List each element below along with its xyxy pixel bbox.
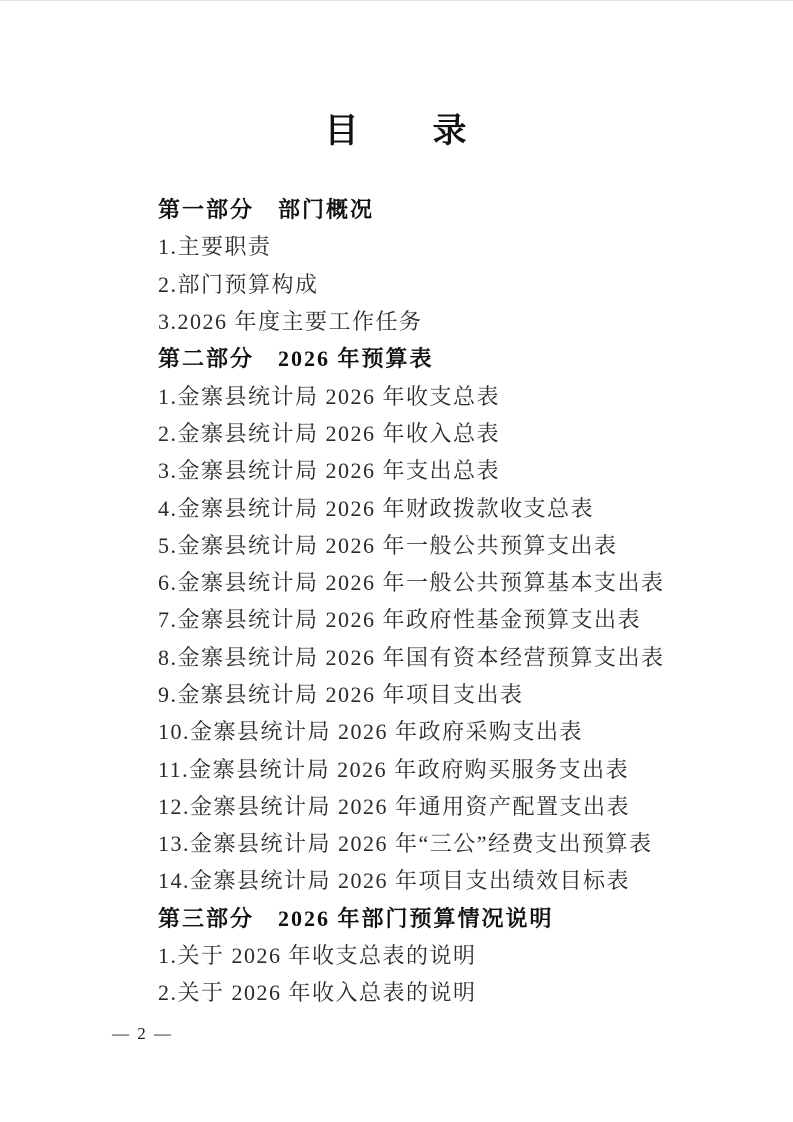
toc-item: 2.部门预算构成: [158, 265, 733, 302]
toc-item: 6.金寨县统计局 2026 年一般公共预算基本支出表: [158, 563, 733, 600]
toc-item: 2.金寨县统计局 2026 年收入总表: [158, 414, 733, 451]
toc-section-heading: 第三部分 2026 年部门预算情况说明: [158, 899, 733, 936]
toc-item: 8.金寨县统计局 2026 年国有资本经营预算支出表: [158, 638, 733, 675]
toc-item: 12.金寨县统计局 2026 年通用资产配置支出表: [158, 787, 733, 824]
toc-item: 1.金寨县统计局 2026 年收支总表: [158, 376, 733, 413]
toc-item: 1.主要职责: [158, 227, 733, 264]
page-top-edge: [0, 0, 793, 1]
page-number: — 2 —: [112, 1024, 173, 1044]
toc-item: 13.金寨县统计局 2026 年“三公”经费支出预算表: [158, 824, 733, 861]
toc-item: 9.金寨县统计局 2026 年项目支出表: [158, 675, 733, 712]
toc-item: 1.关于 2026 年收支总表的说明: [158, 936, 733, 973]
toc-item: 4.金寨县统计局 2026 年财政拨款收支总表: [158, 488, 733, 525]
toc-section-heading: 第二部分 2026 年预算表: [158, 339, 733, 376]
toc-item: 5.金寨县统计局 2026 年一般公共预算支出表: [158, 526, 733, 563]
toc-item: 3.金寨县统计局 2026 年支出总表: [158, 451, 733, 488]
toc-item: 3.2026 年度主要工作任务: [158, 302, 733, 339]
toc-item: 14.金寨县统计局 2026 年项目支出绩效目标表: [158, 861, 733, 898]
toc-item: 10.金寨县统计局 2026 年政府采购支出表: [158, 712, 733, 749]
toc-item: 7.金寨县统计局 2026 年政府性基金预算支出表: [158, 600, 733, 637]
page-title: 目 录: [0, 110, 793, 154]
toc-section-heading: 第一部分 部门概况: [158, 190, 733, 227]
document-page: 目 录 第一部分 部门概况1.主要职责2.部门预算构成3.2026 年度主要工作…: [0, 0, 793, 1122]
toc-item: 11.金寨县统计局 2026 年政府购买服务支出表: [158, 749, 733, 786]
table-of-contents: 第一部分 部门概况1.主要职责2.部门预算构成3.2026 年度主要工作任务第二…: [158, 190, 733, 1011]
toc-item: 2.关于 2026 年收入总表的说明: [158, 973, 733, 1010]
